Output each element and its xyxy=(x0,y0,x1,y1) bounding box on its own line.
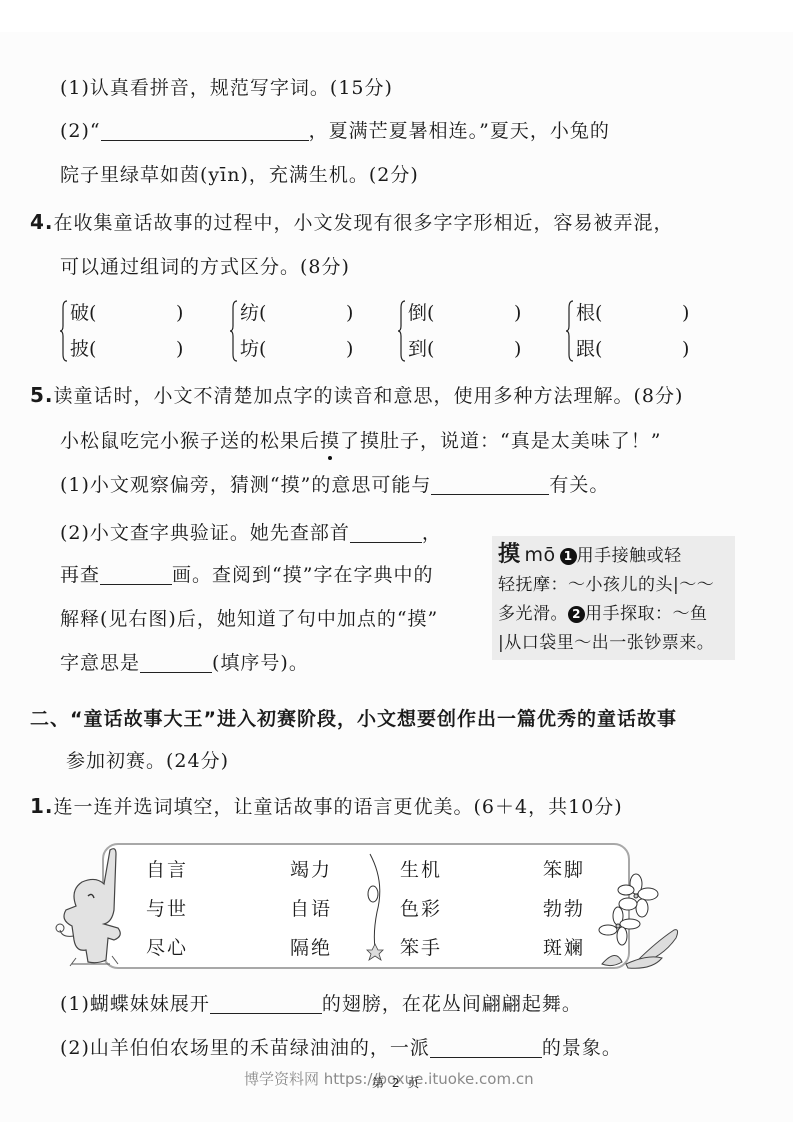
s2q1-fill2-blank[interactable] xyxy=(430,1037,542,1058)
q4-group-3: 倒() 到() xyxy=(398,300,538,362)
hanging-vine-divider-icon xyxy=(355,852,385,962)
word-c3-3[interactable]: 笨手 xyxy=(400,936,442,960)
dictionary-entry-box: 摸mō1用手接触或轻 轻抚摩：～小孩儿的头|～～ 多光滑。2用手探取：～鱼 |从… xyxy=(492,536,735,660)
dict-line-1: 摸mō1用手接触或轻 xyxy=(498,540,729,571)
q5-sub2-l1: (2)小文查字典验证。她先查部首， xyxy=(60,520,442,546)
q4-text1: 在收集童话故事的过程中，小文发现有很多字字形相近，容易被弄混， xyxy=(54,212,674,234)
s2q1-fill2: (2)山羊伯伯农场里的禾苗绿油油的，一派的景象。 xyxy=(60,1035,622,1061)
q4-g2-bottom[interactable]: 坊() xyxy=(240,336,266,362)
word-c2-2[interactable]: 自语 xyxy=(290,897,332,921)
q4-g4-top[interactable]: 根() xyxy=(576,300,602,326)
dict-line-3: 多光滑。2用手探取：～鱼 xyxy=(498,600,729,629)
section2-title-line2: 参加初赛。(24分) xyxy=(66,748,229,774)
q5-strokes-blank[interactable] xyxy=(100,564,172,585)
s2q1-fill1-blank[interactable] xyxy=(210,993,322,1014)
word-c3-2[interactable]: 色彩 xyxy=(400,897,442,921)
q3-sub2-suffix: ，夏满芒夏暑相连。”夏天，小兔的 xyxy=(309,120,610,142)
q5-meaning-blank[interactable] xyxy=(140,652,212,673)
q4-group-4: 根() 跟() xyxy=(566,300,706,362)
q4-group-2: 纺() 坊() xyxy=(230,300,370,362)
q4-group-1: 破() 披() xyxy=(60,300,200,362)
s2q1-line: 1.连一连并选词填空，让童话故事的语言更优美。(6＋4，共10分) xyxy=(30,793,623,820)
circled-number-1-icon: 1 xyxy=(560,548,577,565)
q5-sub1-blank[interactable] xyxy=(431,474,549,495)
word-c1-1[interactable]: 自言 xyxy=(146,858,188,882)
flower-illustration-icon xyxy=(596,872,686,972)
q4-g3-bottom[interactable]: 到() xyxy=(408,336,434,362)
q5-radical-blank[interactable] xyxy=(350,522,422,543)
q5-sub2-l4: 字意思是(填序号)。 xyxy=(60,650,309,676)
s2q1-fill1: (1)蝴蝶妹妹展开的翅膀，在花丛间翩翩起舞。 xyxy=(60,991,582,1017)
word-c3-1[interactable]: 生机 xyxy=(400,858,442,882)
q3-sub2: (2)“，夏满芒夏暑相连。”夏天，小兔的 xyxy=(60,118,610,144)
q5-line1: 5.读童话时，小文不清楚加点字的读音和意思，使用多种方法理解。(8分) xyxy=(30,382,683,409)
q4-g2-top[interactable]: 纺() xyxy=(240,300,266,326)
brace-icon xyxy=(230,300,238,362)
q4-g4-bottom[interactable]: 跟() xyxy=(576,336,602,362)
q4-line1: 4.在收集童话故事的过程中，小文发现有很多字字形相近，容易被弄混， xyxy=(30,209,674,236)
q5-sub1: (1)小文观察偏旁，猜测“摸”的意思可能与有关。 xyxy=(60,472,609,498)
q3-sub2-line2: 院子里绿草如茵(yīn)，充满生机。(2分) xyxy=(60,162,419,188)
brace-icon xyxy=(60,300,68,362)
q5-sub2-l2: 再查画。查阅到“摸”字在字典中的 xyxy=(60,562,433,588)
q5-sentence: 小松鼠吃完小猴子送的松果后摸了摸肚子，说道：“真是太美味了！” xyxy=(60,428,661,454)
word-c4-2[interactable]: 勃勃 xyxy=(543,897,585,921)
q5-text1: 读童话时，小文不清楚加点字的读音和意思，使用多种方法理解。(8分) xyxy=(54,385,684,407)
word-c4-1[interactable]: 笨脚 xyxy=(543,858,585,882)
dict-line-4: |从口袋里～出一张钞票来。 xyxy=(498,629,729,658)
brace-icon xyxy=(566,300,574,362)
circled-number-2-icon: 2 xyxy=(568,606,585,623)
q4-g1-bottom[interactable]: 披() xyxy=(70,336,96,362)
page-number: 第 2 页 xyxy=(372,1074,421,1091)
brace-icon xyxy=(398,300,406,362)
q5-number: 5. xyxy=(30,383,54,407)
word-c1-3[interactable]: 尽心 xyxy=(146,936,188,960)
q3-sub2-blank[interactable] xyxy=(101,120,309,141)
q4-number: 4. xyxy=(30,210,54,234)
q3-sub2-prefix: (2)“ xyxy=(60,120,101,142)
q5-sub2-l3: 解释(见右图)后，她知道了句中加点的“摸” xyxy=(60,606,438,632)
word-c4-3[interactable]: 斑斓 xyxy=(543,936,585,960)
word-c2-3[interactable]: 隔绝 xyxy=(290,936,332,960)
elephant-illustration-icon xyxy=(52,840,132,970)
q4-g1-top[interactable]: 破() xyxy=(70,300,96,326)
section2-title: 二、“童话故事大王”进入初赛阶段，小文想要创作出一篇优秀的童话故事 xyxy=(30,706,677,732)
q3-sub1: (1)认真看拼音，规范写字词。(15分) xyxy=(60,75,393,101)
word-c2-1[interactable]: 竭力 xyxy=(290,858,332,882)
s2q1-number: 1. xyxy=(30,794,54,818)
word-c1-2[interactable]: 与世 xyxy=(146,897,188,921)
dict-line-2: 轻抚摩：～小孩儿的头|～～ xyxy=(498,571,729,600)
q4-g3-top[interactable]: 倒() xyxy=(408,300,434,326)
emphasis-dot-char: 摸 xyxy=(320,428,340,454)
top-margin xyxy=(0,0,793,32)
q4-line2: 可以通过组词的方式区分。(8分) xyxy=(60,254,350,280)
